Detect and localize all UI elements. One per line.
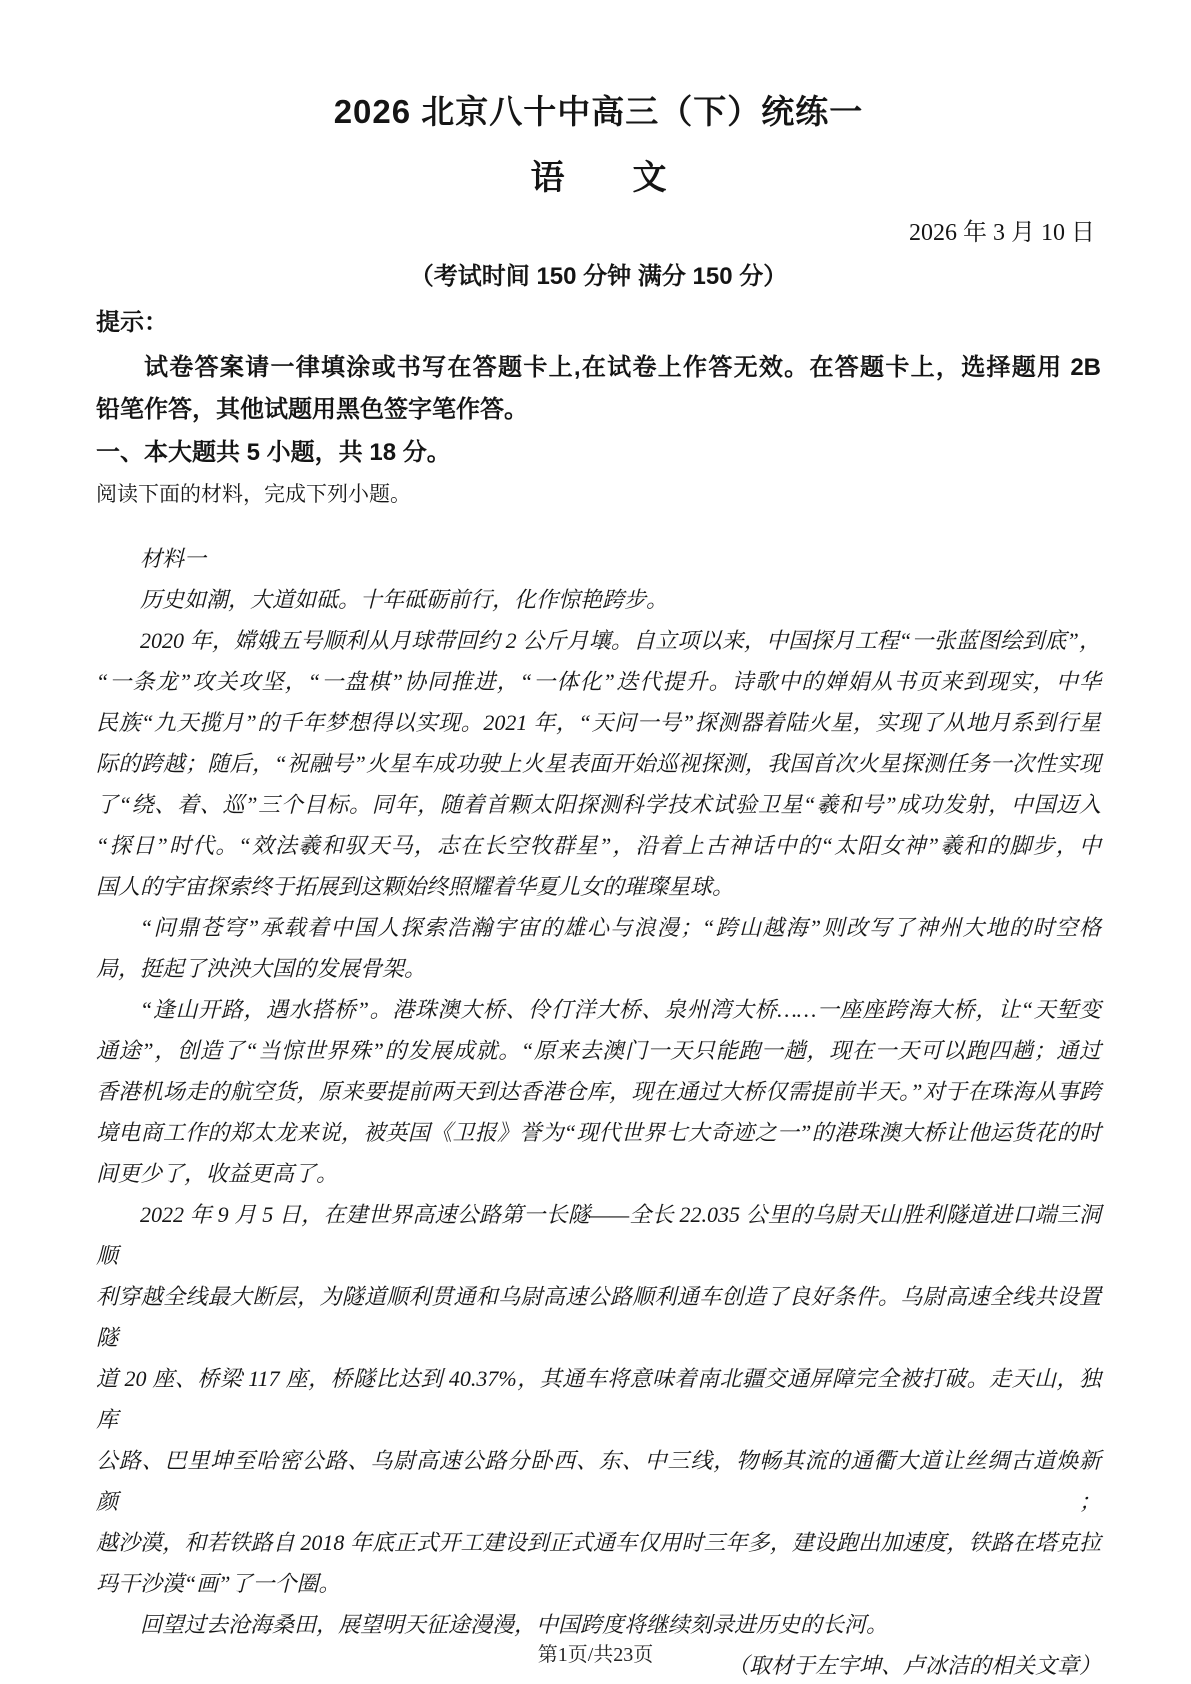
section-heading: 一、本大题共 5 小题，共 18 分。 [96, 438, 1101, 468]
notice-line: 试卷答案请一律填涂或书写在答题卡上,在试卷上作答无效。在答题卡上，选择题用 2B [96, 352, 1101, 384]
material-line: 利穿越全线最大断层，为隧道顺利贯通和乌尉高速公路顺利通车创造了良好条件。乌尉高速… [96, 1276, 1101, 1358]
material-line: 民族“九天揽月”的千年梦想得以实现。2021 年，“天问一号”探测器着陆火星，实… [96, 702, 1101, 743]
material-line: “一条龙”攻关攻坚，“一盘棋”协同推进，“一体化”迭代提升。诗歌中的婵娟从书页来… [96, 661, 1101, 702]
page-title: 2026 北京八十中高三（下）统练一 [96, 92, 1101, 132]
material-line: 境电商工作的郑太龙来说，被英国《卫报》誉为“现代世界七大奇迹之一”的港珠澳大桥让… [96, 1112, 1101, 1153]
material-line: 2022 年 9 月 5 日，在建世界高速公路第一长隧——全长 22.035 公… [96, 1194, 1101, 1276]
material-line: 香港机场走的航空货，原来要提前两天到达香港仓库，现在通过大桥仅需提前半天。”对于… [96, 1071, 1101, 1112]
material-line: “探日”时代。“效法羲和驭天马，志在长空牧群星”，沿着上古神话中的“太阳女神”羲… [96, 825, 1101, 866]
subject-title: 语 文 [96, 158, 1101, 198]
material-line: 间更少了，收益更高了。 [96, 1153, 1101, 1194]
exam-paper-page: 2026 北京八十中高三（下）统练一 语 文 2026 年 3 月 10 日 （… [0, 0, 1191, 1684]
notice-label: 提示： [96, 308, 1101, 338]
exam-date: 2026 年 3 月 10 日 [96, 218, 1101, 248]
material-line: 越沙漠，和若铁路自 2018 年底正式开工建设到正式通车仅用时三年多，建设跑出加… [96, 1522, 1101, 1563]
material-line: 了“绕、着、巡”三个目标。同年，随着首颗太阳探测科学技术试验卫星“羲和号”成功发… [96, 784, 1101, 825]
reading-material: 材料一历史如潮，大道如砥。十年砥砺前行，化作惊艳跨步。2020 年，嫦娥五号顺利… [96, 538, 1101, 1645]
material-line: 局，挺起了泱泱大国的发展骨架。 [96, 948, 1101, 989]
material-line: 材料一 [96, 538, 1101, 579]
material-line: 通途”，创造了“当惊世界殊”的发展成就。“原来去澳门一天只能跑一趟，现在一天可以… [96, 1030, 1101, 1071]
material-line: 2020 年，嫦娥五号顺利从月球带回约 2 公斤月壤。自立项以来，中国探月工程“… [96, 620, 1101, 661]
material-line: 公路、巴里坤至哈密公路、乌尉高速公路分卧西、东、中三线，物畅其流的通衢大道让丝绸… [96, 1440, 1101, 1522]
material-line: 历史如潮，大道如砥。十年砥砺前行，化作惊艳跨步。 [96, 579, 1101, 620]
material-line: 道 20 座、桥梁 117 座，桥隧比达到 40.37%，其通车将意味着南北疆交… [96, 1358, 1101, 1440]
material-line: “逢山开路，遇水搭桥”。港珠澳大桥、伶仃洋大桥、泉州湾大桥……一座座跨海大桥，让… [96, 989, 1101, 1030]
page-number-indicator: 第1页/共23页 [0, 1642, 1191, 1668]
material-line: 玛干沙漠“画”了一个圈。 [96, 1563, 1101, 1604]
exam-duration-info: （考试时间 150 分钟 满分 150 分） [96, 262, 1101, 292]
material-line: 国人的宇宙探索终于拓展到这颗始终照耀着华夏儿女的璀璨星球。 [96, 866, 1101, 907]
reading-prompt: 阅读下面的材料，完成下列小题。 [96, 480, 1101, 508]
material-line: 际的跨越；随后，“祝融号”火星车成功驶上火星表面开始巡视探测，我国首次火星探测任… [96, 743, 1101, 784]
material-line: 回望过去沧海桑田，展望明天征途漫漫，中国跨度将继续刻录进历史的长河。 [96, 1604, 1101, 1645]
material-line: “问鼎苍穹”承载着中国人探索浩瀚宇宙的雄心与浪漫；“跨山越海”则改写了神州大地的… [96, 907, 1101, 948]
notice-line: 铅笔作答，其他试题用黑色签字笔作答。 [96, 394, 1101, 426]
